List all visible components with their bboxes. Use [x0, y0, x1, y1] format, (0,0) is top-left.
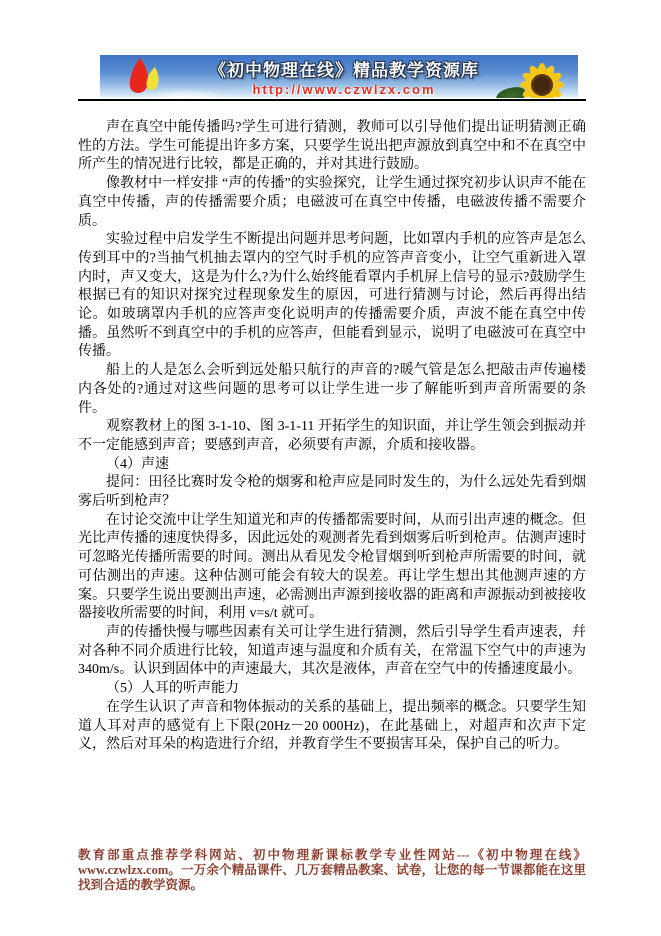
paragraph-heading: （5）人耳的听声能力 [78, 680, 586, 699]
site-logo-icon [124, 57, 168, 97]
banner-url: http://www.czwlzx.com [180, 82, 508, 97]
paragraph: 船上的人是怎么会听到远处船只航行的声音的?暖气管是怎么把敲击声传遍楼内各处的?通… [78, 362, 586, 418]
header-divider [78, 99, 586, 101]
document-body: 声在真空中能传播吗?学生可进行猜测，教师可以引导他们提出证明猜测正确性的方法。学… [78, 119, 586, 755]
paragraph: 声在真空中能传播吗?学生可进行猜测，教师可以引导他们提出证明猜测正确性的方法。学… [78, 119, 586, 175]
footer-note: 教育部重点推荐学科网站、初中物理新课标教学专业性网站---《初中物理在线》www… [78, 848, 586, 893]
paragraph: 在讨论交流中让学生知道光和声的传播都需要时间，从而引出声速的概念。但光比声传播的… [78, 512, 586, 624]
paragraph: 观察教材上的图 3-1-10、图 3-1-11 开拓学生的知识面，并让学生领会到… [78, 418, 586, 455]
paragraph: 实验过程中启发学生不断提出问题并思考问题，比如罩内手机的应答声是怎么传到耳中的?… [78, 231, 586, 362]
paragraph: 声的传播快慢与哪些因素有关可让学生进行猜测，然后引导学生看声速表，幷对各种不同介… [78, 624, 586, 680]
banner-title: 《初中物理在线》精品教学资源库 [180, 56, 508, 81]
site-banner: 《初中物理在线》精品教学资源库 http://www.czwlzx.com [100, 55, 578, 98]
paragraph-heading: （4）声速 [78, 456, 586, 475]
sunflower-icon [516, 57, 574, 98]
banner-text-block: 《初中物理在线》精品教学资源库 http://www.czwlzx.com [180, 56, 508, 97]
document-page: 《初中物理在线》精品教学资源库 http://www.czwlzx.com 声在… [0, 0, 661, 936]
paragraph: 在学生认识了声音和物体振动的关系的基础上，提出频率的概念。只要学生知道人耳对声的… [78, 699, 586, 755]
paragraph: 像教材中一样安排 “声的传播”的实验探究，让学生通过探究初步认识声不能在真空中传… [78, 175, 586, 231]
paragraph: 提问：田径比赛时发令枪的烟雾和枪声应是同时发生的，为什么远处先看到烟雾后听到枪声… [78, 474, 586, 511]
